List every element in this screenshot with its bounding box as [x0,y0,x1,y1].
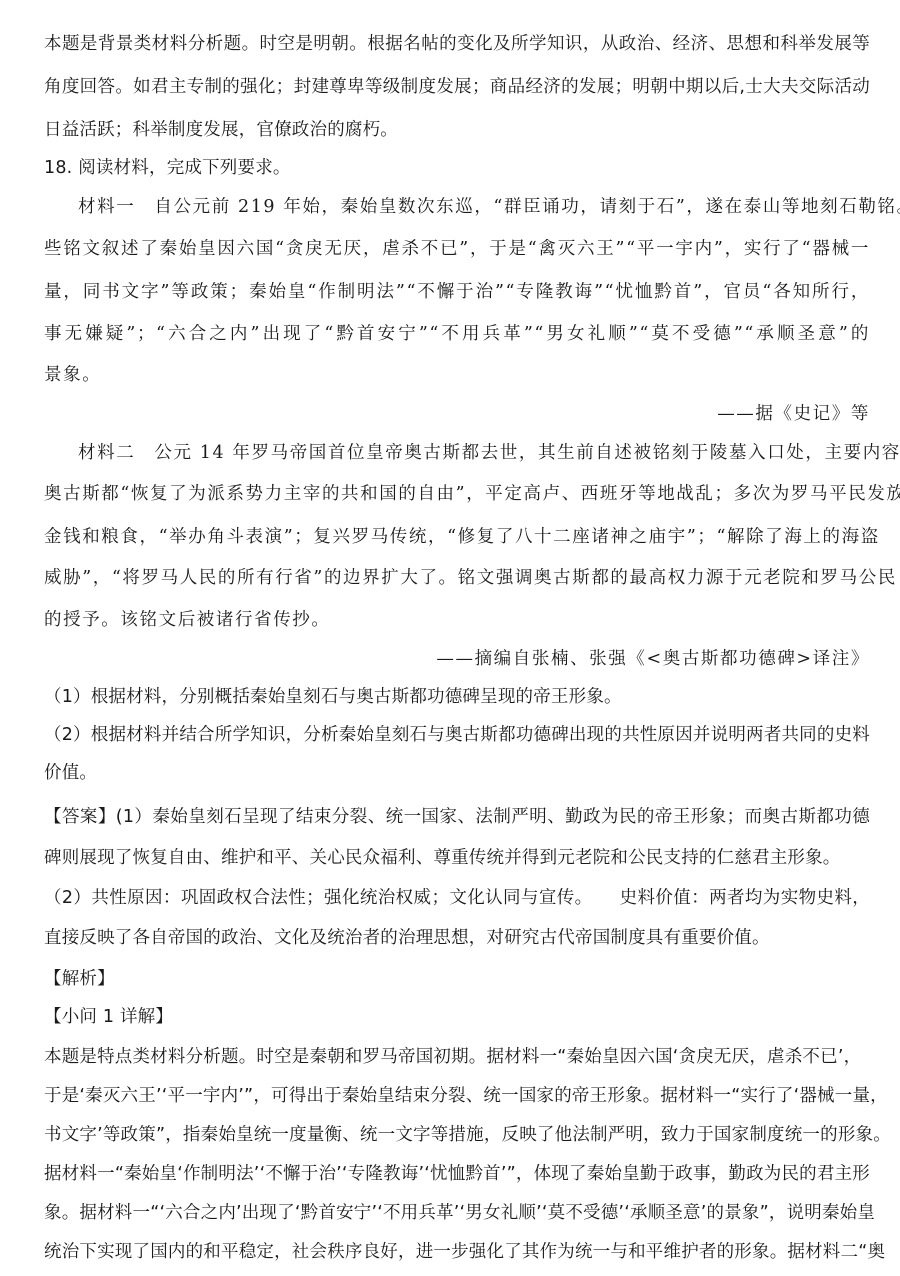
material-2-line-3: 金钱和粮食，“举办角斗表演”；复兴罗马传统，“修复了八十二座诸神之庙宇”；“解除… [44,524,870,550]
analysis-line-3: 书文字’等政策”，指秦始皇统一度量衡、统一文字等措施，反映了他法制严明，致力于国… [44,1122,870,1148]
material-1-line-5: 景象。 [44,362,101,388]
answer-line-1: 【答案】(1）秦始皇刻石呈现了结束分裂、统一国家、法制严明、勤政为民的帝王形象；… [44,804,870,830]
analysis-line-2: 于是‘秦灭六王’‘平一宇内’”，可得出于秦始皇结束分裂、统一国家的帝王形象。据材… [44,1083,870,1109]
analysis-line-6: 统治下实现了国内的和平稳定，社会秩序良好，进一步强化了其作为统一与和平维护者的形… [44,1239,870,1265]
answer-line-3: （2）共性原因：巩固政权合法性；强化统治权威；文化认同与宣传。 史料价值：两者均… [44,885,870,911]
analysis-heading: 【解析】 [44,966,115,992]
material-2-line-2: 奥古斯都“恢复了为派系势力主宰的共和国的自由”，平定高卢、西班牙等地战乱；多次为… [44,481,870,507]
answer-line-4: 直接反映了各自帝国的政治、文化及统治者的治理思想，对研究古代帝国制度具有重要价值… [44,925,770,951]
material-1-line-3: 量，同书文字”等政策；秦始皇“作制明法”“不懈于治”“专隆教诲”“忧恤黔首”，官… [44,279,870,305]
material-2-line-4: 威胁”，“将罗马人民的所有行省”的边界扩大了。铭文强调奥古斯都的最高权力源于元老… [44,565,870,591]
material-1-source: ——据《史记》等 [717,401,870,427]
question-title: 18. 阅读材料，完成下列要求。 [44,155,291,181]
material-1-line-4: 事无嫌疑”；“六合之内”出现了“黔首安宁”“不用兵革”“男女礼顺”“莫不受德”“… [44,321,870,347]
prev-analysis-line-1: 本题是背景类材料分析题。时空是明朝。根据名帖的变化及所学知识，从政治、经济、思想… [44,31,870,57]
analysis-sub-heading: 【小问 1 详解】 [44,1004,173,1030]
material-2-source: ——摘编自张楠、张强《<奥古斯都功德碑>译注》 [436,646,870,672]
sub-question-2-line-2: 价值。 [44,760,97,786]
sub-question-2-line-1: （2）根据材料并结合所学知识，分析秦始皇刻石与奥古斯都功德碑出现的共性原因并说明… [44,722,870,748]
material-2-line-5: 的授予。该铭文后被诸行省传抄。 [44,607,331,633]
material-1-line-2: 些铭文叙述了秦始皇因六国“贪戾无厌，虐杀不已”，于是“禽灭六王”“平一宇内”，实… [44,236,870,262]
prev-analysis-line-2: 角度回答。如君主专制的强化；封建尊卑等级制度发展；商品经济的发展；明朝中期以后,… [44,74,870,100]
material-2-line-1: 材料二 公元 14 年罗马帝国首位皇帝奥古斯都去世，其生前自述被铭刻于陵墓入口处… [78,440,870,466]
prev-analysis-line-3: 日益活跃；科举制度发展，官僚政治的腐朽。 [44,117,398,143]
analysis-line-1: 本题是特点类材料分析题。时空是秦朝和罗马帝国初期。据材料一“秦始皇因六国‘贪戾无… [44,1044,861,1070]
analysis-line-5: 象。据材料一“‘六合之内’出现了‘黔首安宁’‘不用兵革’‘男女礼顺’‘莫不受德’… [44,1200,870,1226]
sub-question-1: （1）根据材料，分别概括秦始皇刻石与奥古斯都功德碑呈现的帝王形象。 [44,684,622,710]
analysis-line-4: 据材料一“秦始皇‘作制明法’‘不懈于治’‘专隆教诲’‘忧恤黔首’”，体现了秦始皇… [44,1161,870,1187]
material-1-line-1: 材料一 自公元前 219 年始，秦始皇数次东巡，“群臣诵功，请刻于石”，遂在泰山… [78,194,870,220]
answer-line-2: 碑则展现了恢复自由、维护和平、关心民众福利、尊重传统并得到元老院和公民支持的仁慈… [44,845,841,871]
